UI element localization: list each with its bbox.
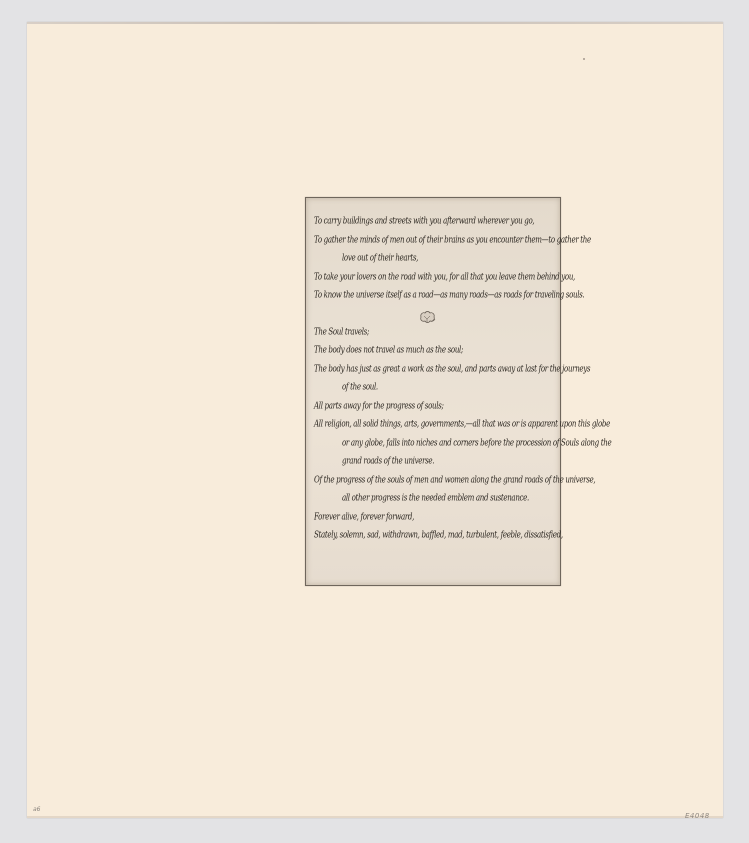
pencil-note-left: a6 [33, 806, 41, 813]
leaf-ornament-icon [418, 311, 436, 324]
poem-line: Stately, solemn, sad, withdrawn, baffled… [314, 524, 554, 547]
etched-plate: To carry buildings and streets with you … [305, 197, 561, 586]
poem-line: To know the universe itself as a road—as… [314, 284, 554, 307]
poem-text: To carry buildings and streets with you … [314, 212, 554, 545]
paper-speck [583, 58, 585, 60]
pencil-note-accession-number: E4048 [685, 812, 710, 820]
